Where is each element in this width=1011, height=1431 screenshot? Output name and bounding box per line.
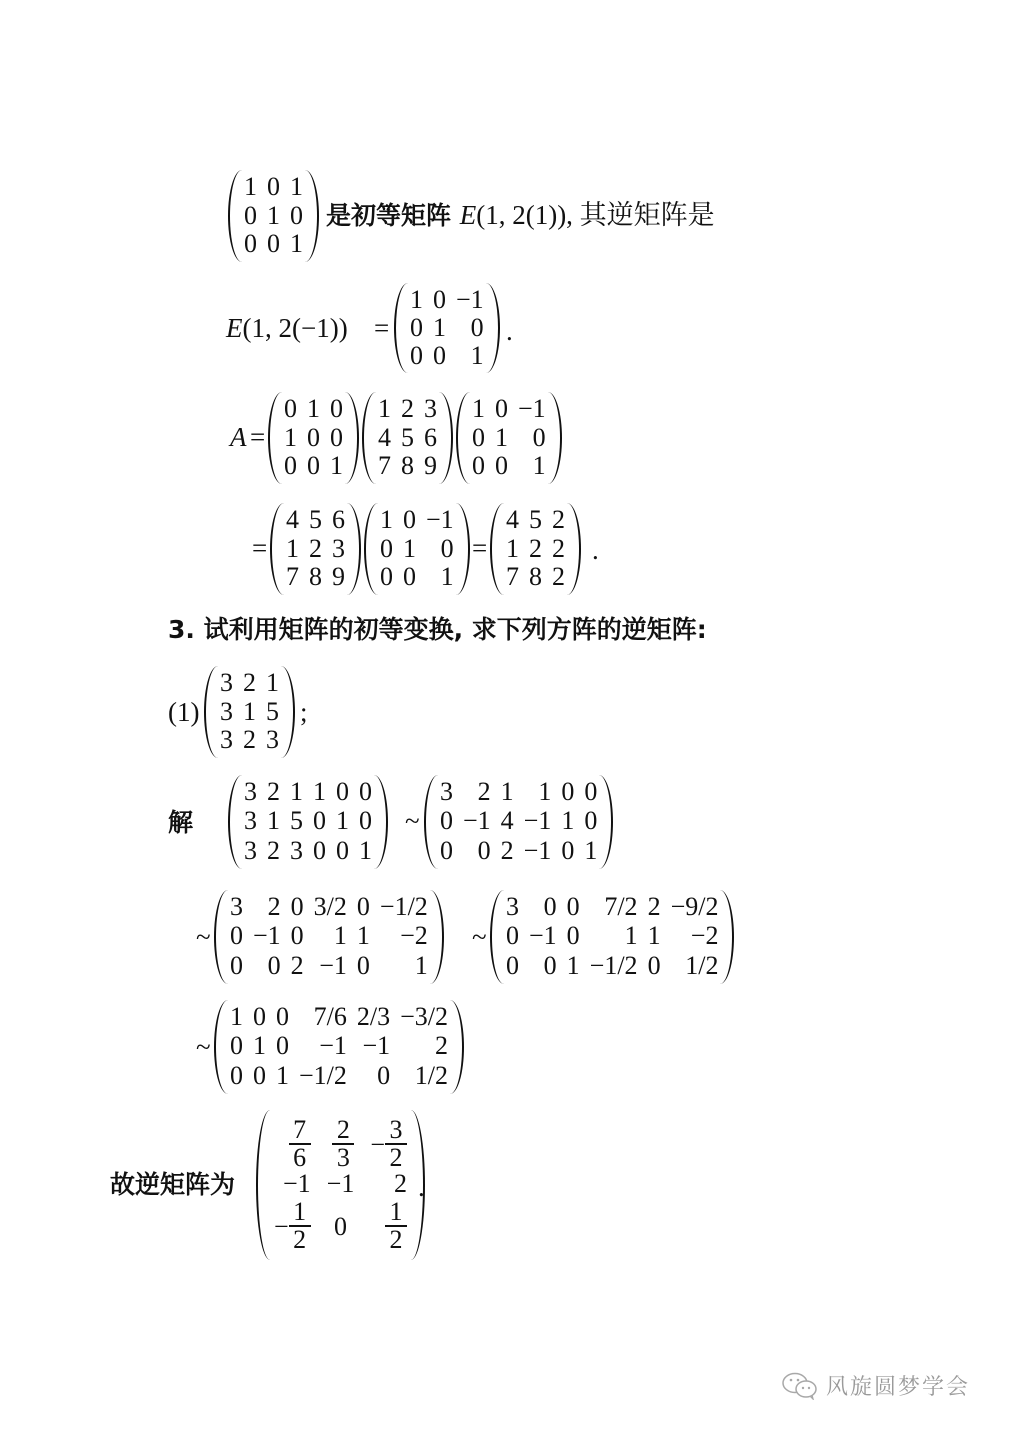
matrix-grid: 3203/20−1/2 0−1011−2 002−101 [228, 890, 430, 984]
matrix-grid: 321 315 323 [218, 666, 281, 758]
left-paren [456, 392, 470, 484]
matrix-grid: 3007/22−9/2 0−1011−2 001−1/201/2 [504, 890, 720, 984]
line1-text: 是初等矩阵 E(1, 2(1)), 其逆矩阵是 [326, 200, 715, 231]
watermark: 风旋圆梦学会 [782, 1370, 970, 1401]
left-paren [490, 890, 504, 984]
matrix-b: 123 456 789 [362, 392, 453, 484]
augmented-matrix-step5: 1007/62/3−3/2 010−1−12 001−1/201/2 [214, 1000, 464, 1094]
right-paren [567, 503, 581, 595]
left-paren [362, 392, 376, 484]
left-paren [394, 283, 408, 373]
tilde: ~ [196, 1032, 211, 1062]
cell-1-2: 12 [370, 1198, 407, 1254]
matrix-grid: 452 122 782 [504, 503, 567, 595]
left-paren [256, 1110, 270, 1260]
left-paren [214, 1000, 228, 1094]
matrix-pb: 456 123 789 [270, 503, 361, 595]
right-paren [345, 392, 359, 484]
cell-2-3: 23 [327, 1116, 355, 1172]
right-paren [720, 890, 734, 984]
right-paren [281, 666, 295, 758]
right-paren [374, 775, 388, 869]
left-paren [270, 503, 284, 595]
tilde: ~ [472, 922, 487, 952]
period: . [592, 535, 599, 565]
left-paren [490, 503, 504, 595]
equals-sign: = [374, 313, 389, 343]
tilde: ~ [405, 806, 420, 836]
matrix-p: 010 100 001 [268, 392, 359, 484]
left-paren [424, 775, 438, 869]
matrix-grid: 010 100 001 [282, 392, 345, 484]
part-label: (1) [168, 697, 199, 727]
matrix-grid: 321100 0−14−110 002−101 [438, 775, 599, 869]
equals-sign: = [250, 422, 265, 452]
left-paren [204, 666, 218, 758]
matrix-a-result: 452 122 782 [490, 503, 581, 595]
right-paren [305, 170, 319, 262]
matrix-grid: 10−1 010 001 [378, 503, 456, 595]
elementary-matrix-e12: 101 010 001 [228, 170, 319, 262]
matrix-grid: 1007/62/3−3/2 010−1−12 001−1/201/2 [228, 1000, 450, 1094]
tilde: ~ [196, 922, 211, 952]
augmented-matrix-step4: 3007/22−9/2 0−1011−2 001−1/201/2 [490, 890, 734, 984]
line1-text-b: (1, 2(1)), 其逆矩阵是 [476, 200, 714, 230]
augmented-matrix-step2: 321100 0−14−110 002−101 [424, 775, 613, 869]
cell-7-6: 76 [274, 1116, 311, 1172]
right-paren [347, 503, 361, 595]
matrix-q: 10−1 010 001 [456, 392, 562, 484]
right-paren [548, 392, 562, 484]
wechat-icon [782, 1372, 818, 1400]
right-paren [430, 890, 444, 984]
cell-neg-1-2: −12 [274, 1198, 311, 1254]
right-paren [439, 392, 453, 484]
left-paren [214, 890, 228, 984]
augmented-matrix-step3: 3203/20−1/2 0−1011−2 002−101 [214, 890, 444, 984]
right-paren [450, 1000, 464, 1094]
matrix-q: 10−1 010 001 [364, 503, 470, 595]
watermark-text: 风旋圆梦学会 [826, 1370, 970, 1401]
matrix-grid: 123 456 789 [376, 392, 439, 484]
matrix-grid: 10−1 010 001 [408, 283, 486, 373]
result-label: 故逆矩阵为 [110, 1170, 235, 1200]
inverse-matrix-e12: 10−1 010 001 [394, 283, 500, 373]
semicolon: ; [300, 697, 308, 727]
left-paren [268, 392, 282, 484]
equals-sign: = [252, 533, 267, 563]
variable-a: A [230, 422, 247, 452]
right-paren [486, 283, 500, 373]
problem-matrix: 321 315 323 [204, 666, 295, 758]
period: . [506, 316, 513, 346]
matrix-grid: 10−1 010 001 [470, 392, 548, 484]
left-paren [228, 775, 242, 869]
matrix-grid: 456 123 789 [284, 503, 347, 595]
solution-label: 解 [168, 808, 193, 838]
right-paren [456, 503, 470, 595]
problem-3-heading: 3. 试利用矩阵的初等变换, 求下列方阵的逆矩阵: [168, 614, 707, 645]
left-paren [364, 503, 378, 595]
left-paren [228, 170, 242, 262]
inverse-matrix-result: 76 23 −32 −1 −1 2 −12 0 12 [256, 1110, 425, 1260]
right-paren [599, 775, 613, 869]
matrix-grid: 101 010 001 [242, 170, 305, 262]
period: . [418, 1172, 425, 1202]
augmented-matrix-step1: 321100 315010 323001 [228, 775, 388, 869]
matrix-grid: 321100 315010 323001 [242, 775, 374, 869]
e12-inverse-label: E(1, 2(−1)) [226, 313, 348, 343]
cell-neg-3-2: −32 [370, 1116, 407, 1172]
equals-sign: = [472, 533, 487, 563]
matrix-grid: 76 23 −32 −1 −1 2 −12 0 12 [270, 1110, 411, 1260]
